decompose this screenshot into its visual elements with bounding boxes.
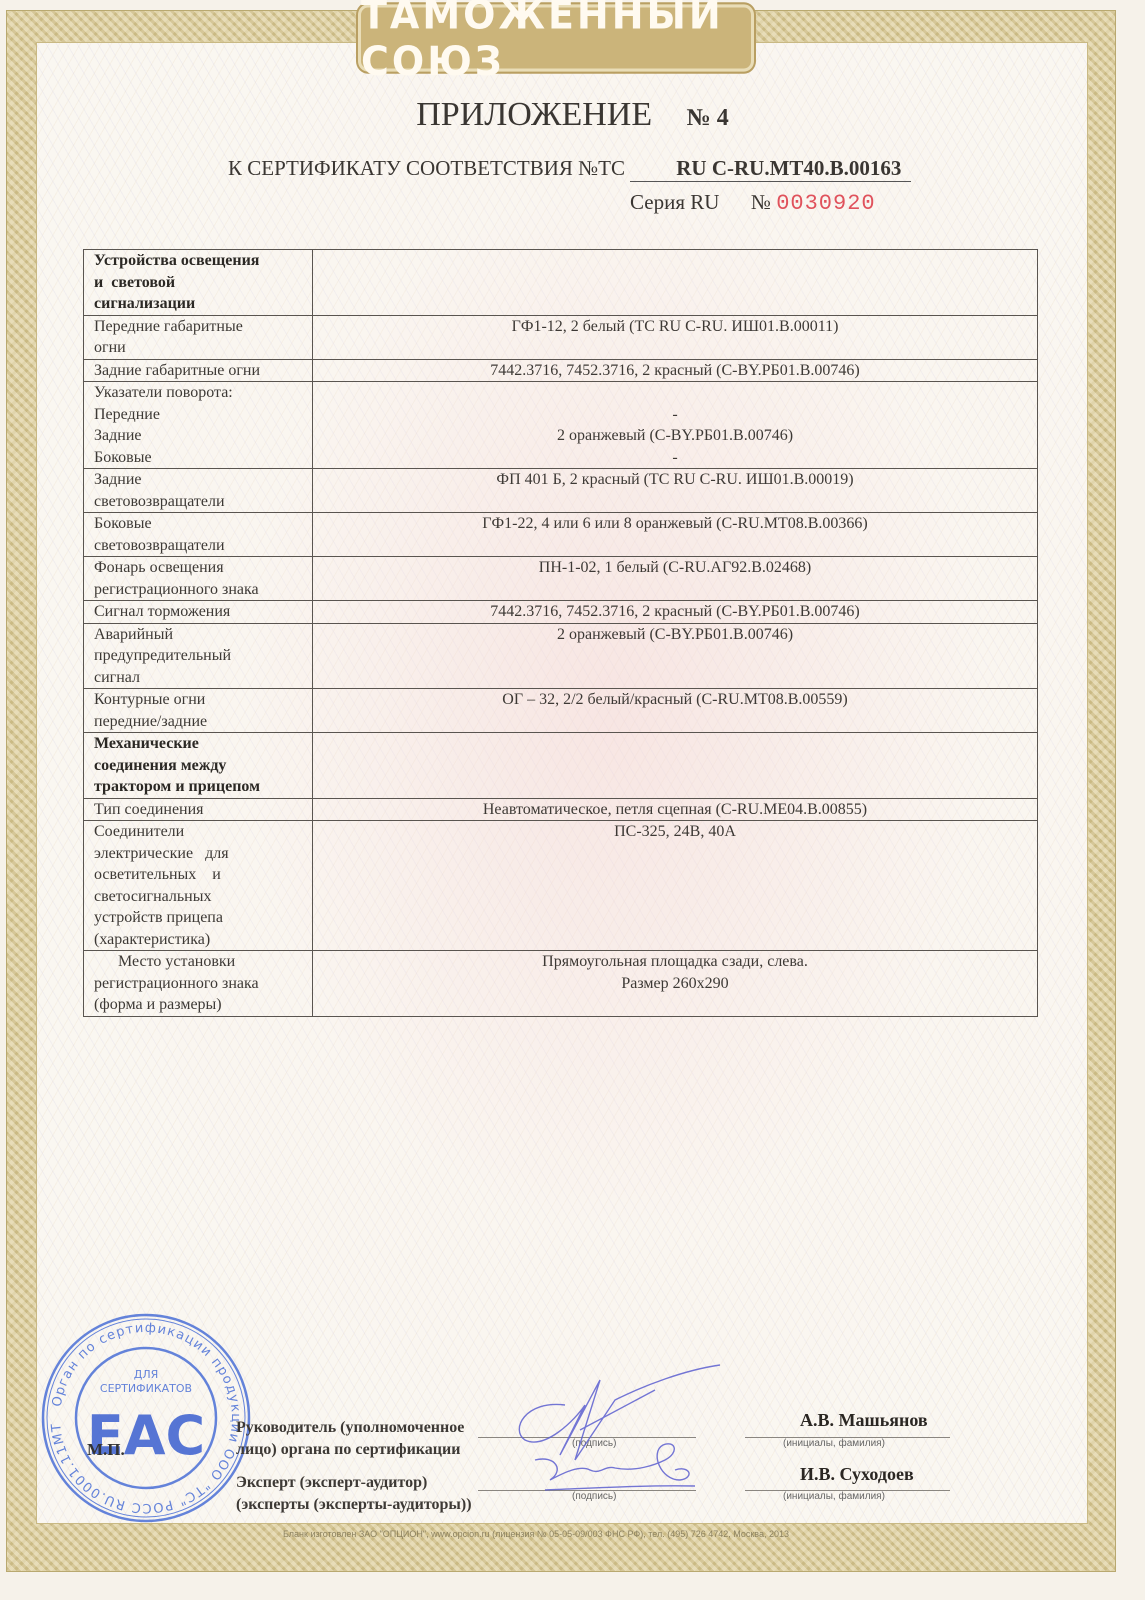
row-value xyxy=(313,250,1038,316)
row-value: ГФ1-22, 4 или 6 или 8 оранжевый (С-RU.МТ… xyxy=(313,513,1038,557)
row-label: Тип соединения xyxy=(84,798,313,821)
table-row: Сигнал торможения7442.3716, 7452.3716, 2… xyxy=(84,601,1038,624)
row-label: Фонарь освещениярегистрационного знака xyxy=(84,557,313,601)
series-label: Серия RU xyxy=(630,190,719,214)
row-label: Механическиесоединения междутрактором и … xyxy=(84,733,313,799)
row-label: Контурные огнипередние/задние xyxy=(84,689,313,733)
title-text: ПРИЛОЖЕНИЕ xyxy=(416,96,652,133)
expert-label: Эксперт (эксперт-аудитор) (эксперты (экс… xyxy=(236,1472,472,1516)
cert-number: RU C-RU.MT40.B.00163 xyxy=(630,156,911,182)
row-value: ФП 401 Б, 2 красный (ТС RU С-RU. ИШ01.В.… xyxy=(313,469,1038,513)
seal-place-label: М.П. xyxy=(87,1440,125,1460)
stamp-inner-mid: СЕРТИФИКАТОВ xyxy=(100,1382,192,1395)
series-no-label: № xyxy=(751,190,771,214)
certification-stamp: Орган по сертификации продукции ООО "ТС"… xyxy=(40,1312,252,1524)
table-row: ЗадниесветовозвращателиФП 401 Б, 2 красн… xyxy=(84,469,1038,513)
row-value: ОГ – 32, 2/2 белый/красный (С-RU.МТ08.В.… xyxy=(313,689,1038,733)
head-name: А.В. Машьянов xyxy=(800,1410,928,1431)
specification-table: Устройства освещенияи световойсигнализац… xyxy=(83,249,1038,1017)
row-value xyxy=(313,733,1038,799)
table-row: Место установкирегистрационного знака(фо… xyxy=(84,951,1038,1017)
series-number: 0030920 xyxy=(776,191,875,216)
certificate-reference: К СЕРТИФИКАТУ СООТВЕТСТВИЯ №ТС RU C-RU.M… xyxy=(228,156,911,182)
table-row: Передние габаритныеогниГФ1-12, 2 белый (… xyxy=(84,315,1038,359)
row-value: 2 оранжевый (С-BY.РБ01.В.00746) xyxy=(313,623,1038,689)
row-label: Аварийныйпредупредительныйсигнал xyxy=(84,623,313,689)
row-value: Неавтоматическое, петля сцепная (С-RU.МЕ… xyxy=(313,798,1038,821)
table-row: Фонарь освещениярегистрационного знакаПН… xyxy=(84,557,1038,601)
stamp-inner-top: ДЛЯ xyxy=(134,1368,159,1381)
row-label: Передние габаритныеогни xyxy=(84,315,313,359)
table-row: Тип соединенияНеавтоматическое, петля сц… xyxy=(84,798,1038,821)
expert-name-caption: (инициалы, фамилия) xyxy=(783,1491,885,1502)
row-label: Сигнал торможения xyxy=(84,601,313,624)
table-row: Устройства освещенияи световойсигнализац… xyxy=(84,250,1038,316)
row-value: -2 оранжевый (С-BY.РБ01.В.00746)- xyxy=(313,382,1038,469)
table-row: БоковыесветовозвращателиГФ1-22, 4 или 6 … xyxy=(84,513,1038,557)
row-value: ГФ1-12, 2 белый (ТС RU С-RU. ИШ01.В.0001… xyxy=(313,315,1038,359)
table-row: Контурные огнипередние/задниеОГ – 32, 2/… xyxy=(84,689,1038,733)
footer-printer-info: Бланк изготовлен ЗАО "ОПЦИОН", www.opcio… xyxy=(283,1529,823,1539)
row-label: Место установкирегистрационного знака(фо… xyxy=(84,951,313,1017)
table-row: Аварийныйпредупредительныйсигнал2 оранже… xyxy=(84,623,1038,689)
expert-name: И.В. Суходоев xyxy=(800,1464,914,1485)
row-label: Задниесветовозвращатели xyxy=(84,469,313,513)
series-line: Серия RU № 0030920 xyxy=(630,190,876,216)
row-value: ПН-1-02, 1 белый (С-RU.АГ92.В.02468) xyxy=(313,557,1038,601)
customs-union-banner: ТАМОЖЕННЫЙ СОЮЗ xyxy=(358,4,754,71)
cert-prefix: К СЕРТИФИКАТУ СООТВЕТСТВИЯ №ТС xyxy=(228,156,625,180)
row-label: Боковыесветовозвращатели xyxy=(84,513,313,557)
handwritten-signatures xyxy=(505,1360,735,1510)
table-row: Указатели поворота:ПередниеЗадниеБоковые… xyxy=(84,382,1038,469)
page-title: ПРИЛОЖЕНИЕ № 4 xyxy=(0,96,1145,134)
row-value: Прямоугольная площадка сзади, слева.Разм… xyxy=(313,951,1038,1017)
row-label: Указатели поворота:ПередниеЗадниеБоковые xyxy=(84,382,313,469)
row-label: Соединителиэлектрические дляосветительны… xyxy=(84,821,313,951)
row-value: 7442.3716, 7452.3716, 2 красный (С-BY.РБ… xyxy=(313,601,1038,624)
row-label: Задние габаритные огни xyxy=(84,359,313,382)
table-row: Задние габаритные огни7442.3716, 7452.37… xyxy=(84,359,1038,382)
head-name-caption: (инициалы, фамилия) xyxy=(783,1438,885,1449)
head-label: Руководитель (уполномоченное лицо) орган… xyxy=(236,1417,464,1461)
table-row: Механическиесоединения междутрактором и … xyxy=(84,733,1038,799)
row-label: Устройства освещенияи световойсигнализац… xyxy=(84,250,313,316)
table-row: Соединителиэлектрические дляосветительны… xyxy=(84,821,1038,951)
row-value: ПС-325, 24В, 40А xyxy=(313,821,1038,951)
row-value: 7442.3716, 7452.3716, 2 красный (С-BY.РБ… xyxy=(313,359,1038,382)
annex-number: № 4 xyxy=(687,105,729,131)
